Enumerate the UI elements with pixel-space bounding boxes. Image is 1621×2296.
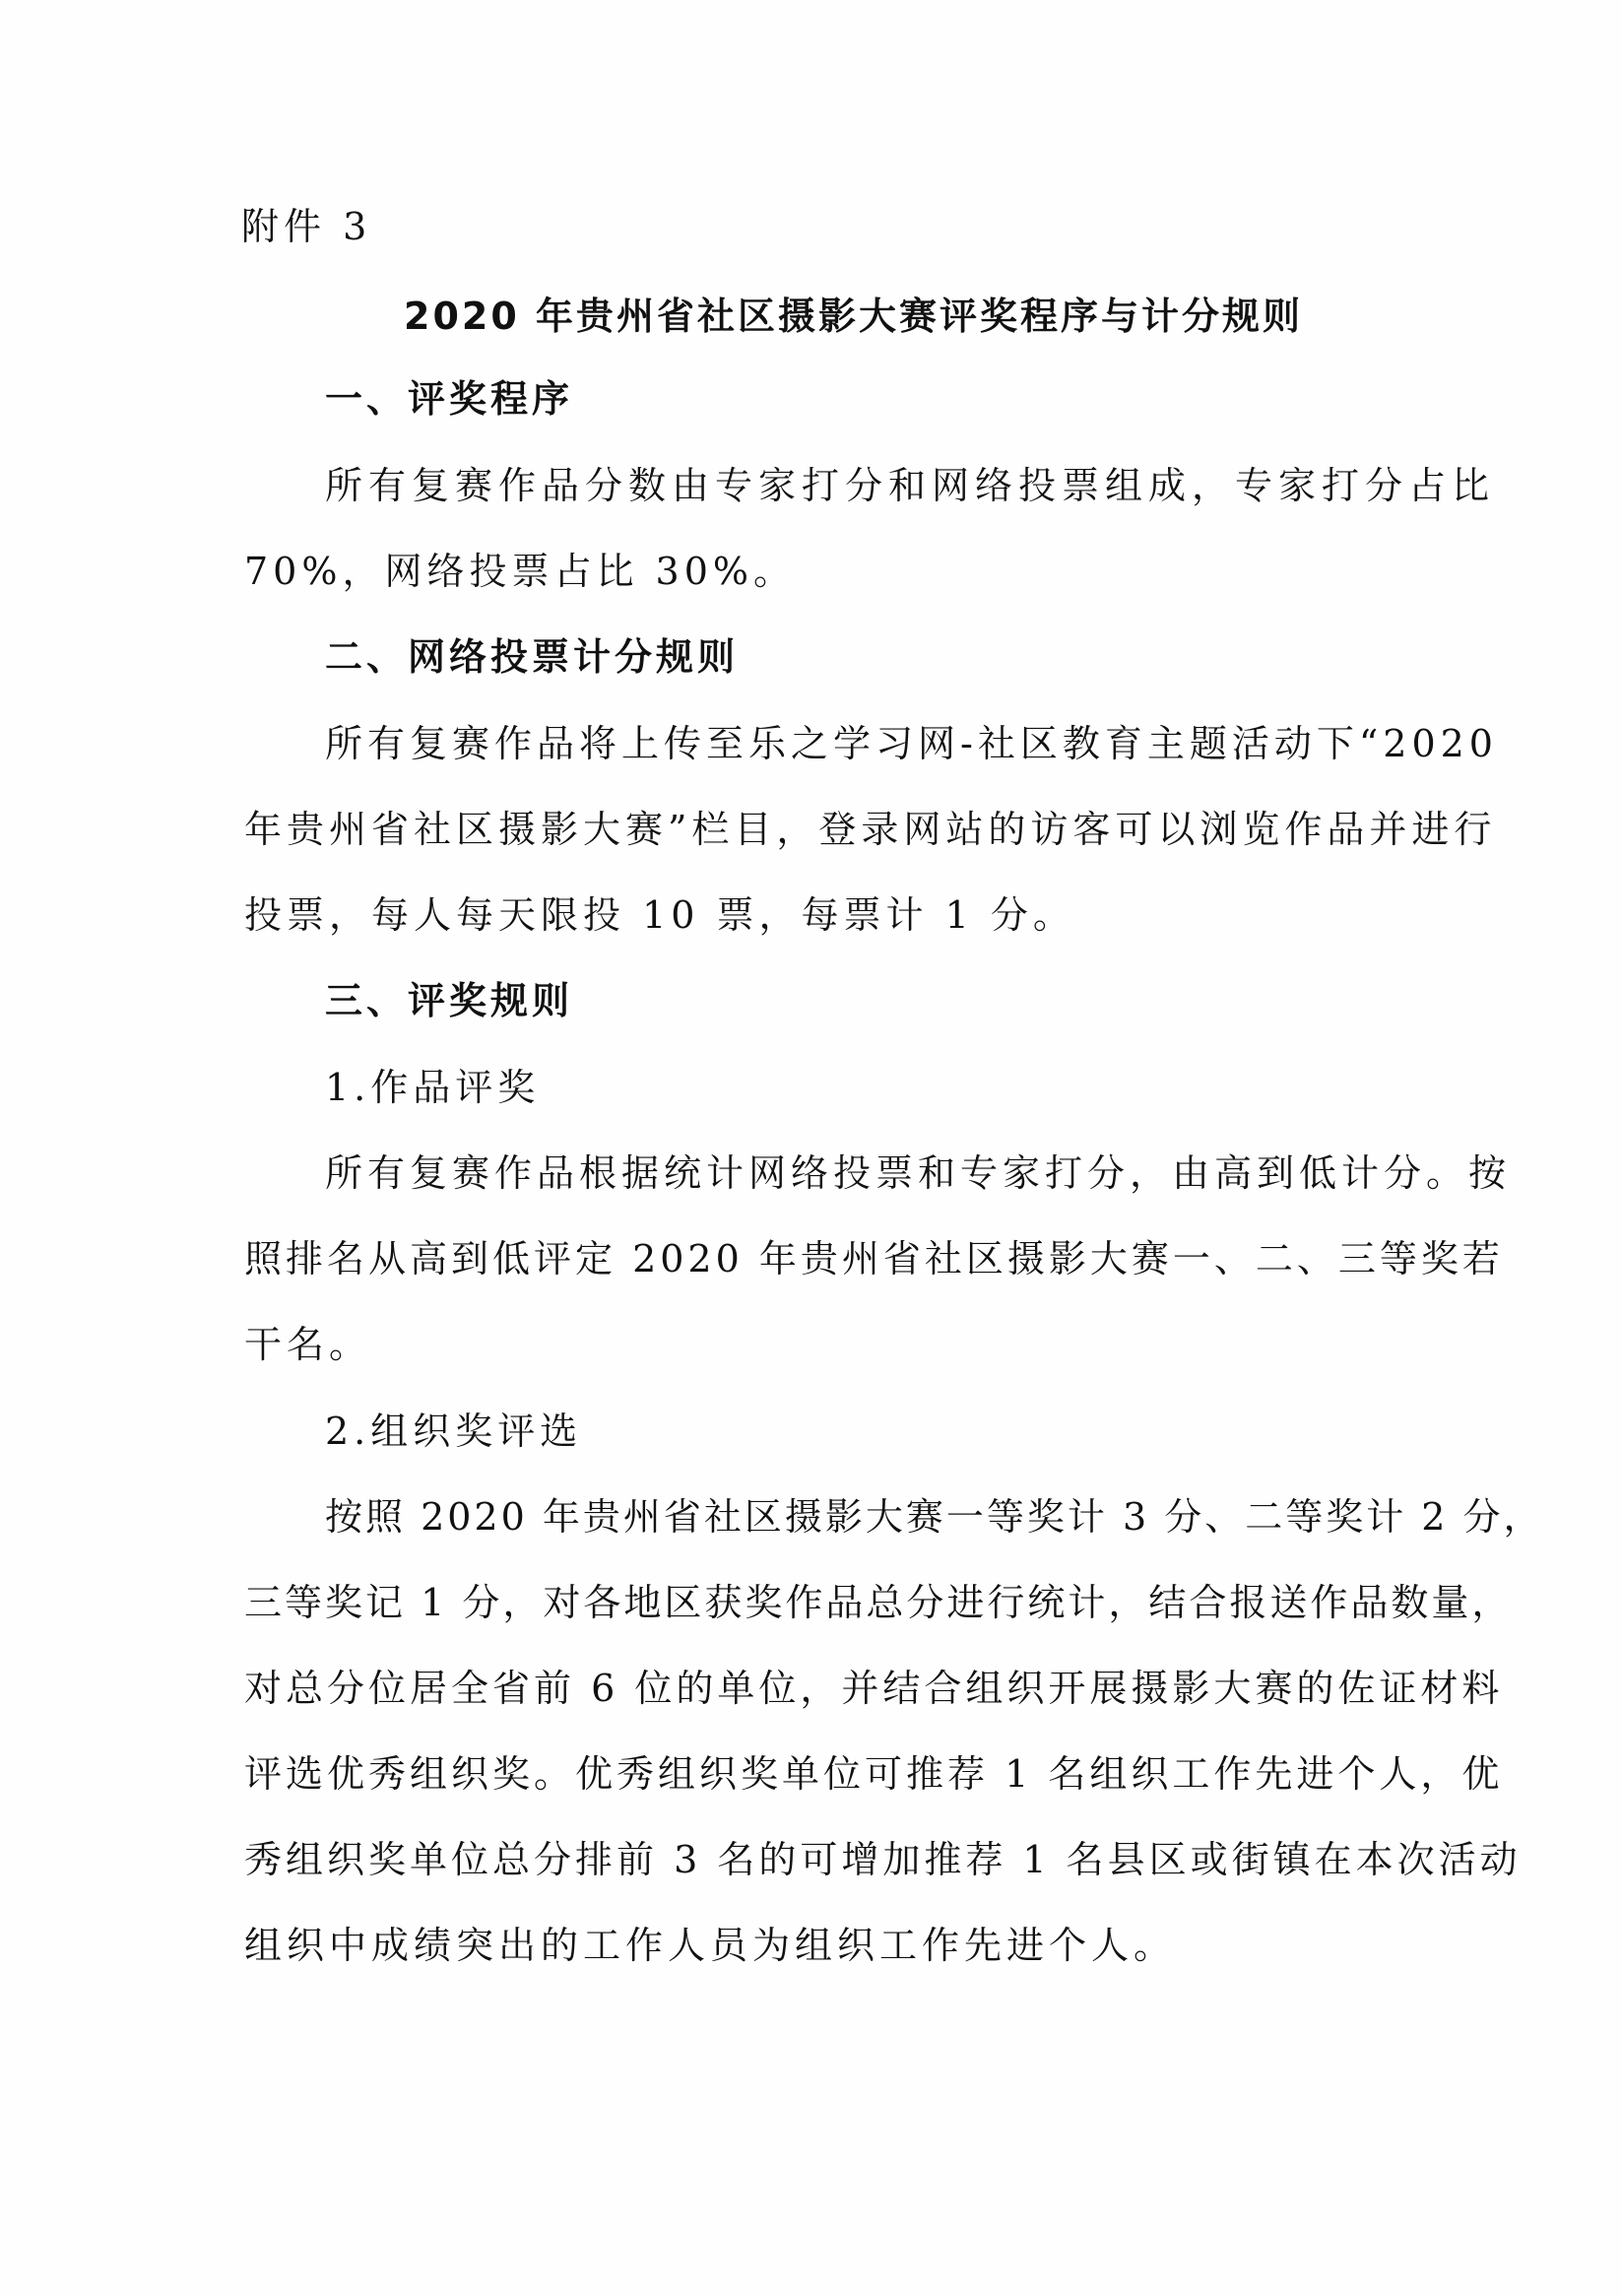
section-heading-award-procedure: 一、评奖程序 [325,375,573,423]
document-title: 2020 年贵州省社区摄影大赛评奖程序与计分规则 [404,293,1303,340]
paragraph-line: 三等奖记 1 分，对各地区获奖作品总分进行统计，结合报送作品数量， [244,1579,1512,1626]
subsection-heading-work-awards: 1.作品评奖 [325,1064,540,1111]
paragraph-line: 干名。 [244,1321,371,1368]
paragraph-line: 秀组织奖单位总分排前 3 名的可增加推荐 1 名县区或街镇在本次活动 [244,1836,1522,1883]
section-heading-award-rules: 三、评奖规则 [325,977,573,1024]
paragraph-line: 70%，网络投票占比 30%。 [244,548,796,595]
attachment-label: 附件 3 [241,203,371,250]
paragraph-line: 年贵州省社区摄影大赛”栏目，登录网站的访客可以浏览作品并进行 [244,806,1496,853]
paragraph-line: 投票，每人每天限投 10 票，每票计 1 分。 [244,891,1075,939]
paragraph-line: 所有复赛作品根据统计网络投票和专家打分，由高到低计分。按 [325,1149,1511,1197]
paragraph-line: 评选优秀组织奖。优秀组织奖单位可推荐 1 名组织工作先进个人，优 [244,1750,1503,1798]
document-page: 附件 3 2020 年贵州省社区摄影大赛评奖程序与计分规则 一、评奖程序 所有复… [0,0,1621,2296]
paragraph-line: 照排名从高到低评定 2020 年贵州省社区摄影大赛一、二、三等奖若 [244,1235,1504,1282]
paragraph-line: 对总分位居全省前 6 位的单位，并结合组织开展摄影大赛的佐证材料 [244,1665,1503,1712]
subsection-heading-organization-award: 2.组织奖评选 [325,1408,582,1455]
paragraph-line: 组织中成绩突出的工作人员为组织工作先进个人。 [244,1922,1176,1969]
paragraph-line: 按照 2020 年贵州省社区摄影大赛一等奖计 3 分、二等奖计 2 分， [325,1493,1544,1541]
section-heading-online-voting-rules: 二、网络投票计分规则 [325,633,739,681]
paragraph-line: 所有复赛作品分数由专家打分和网络投票组成，专家打分占比 [325,462,1381,509]
paragraph-line: 所有复赛作品将上传至乐之学习网-社区教育主题活动下“2020 [325,720,1498,767]
